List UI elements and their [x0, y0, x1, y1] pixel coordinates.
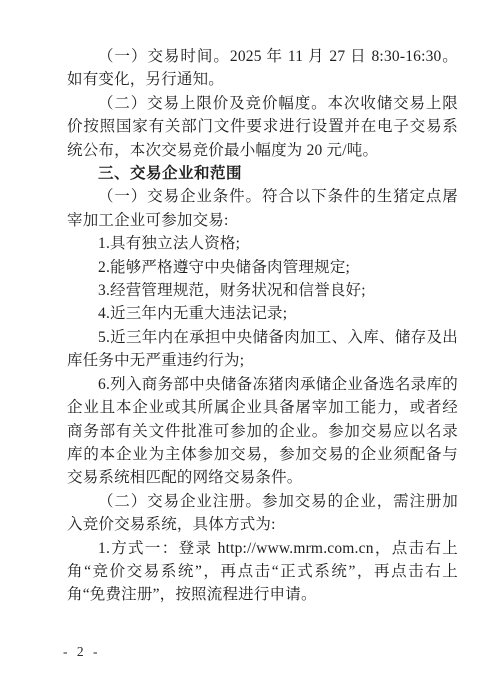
paragraph-enterprise-registration: （二）交易企业注册。参加交易的企业，需注册加入竞价交易系统，具体方式为: [67, 490, 458, 537]
list-item-6: 6.列入商务部中央储备冻猪肉承储企业备选名录库的企业且本企业或其所属企业具备屠宰… [67, 373, 458, 490]
list-item-5: 5.近三年内在承担中央储备肉加工、入库、储存及出库任务中无严重违约行为; [67, 326, 458, 373]
paragraph-trade-time: （一）交易时间。2025 年 11 月 27 日 8:30-16:30。如有变化… [67, 45, 458, 92]
paragraph-price-limit: （二）交易上限价及竞价幅度。本次收储交易上限价按照国家有关部门文件要求进行设置并… [67, 92, 458, 162]
document-content: （一）交易时间。2025 年 11 月 27 日 8:30-16:30。如有变化… [67, 45, 458, 607]
page-number: - 2 - [63, 644, 101, 660]
list-item-1: 1.具有独立法人资格; [67, 232, 458, 255]
paragraph-registration-method-1: 1.方式一：登录 http://www.mrm.com.cn，点击右上角“竞价交… [67, 537, 458, 607]
paragraph-enterprise-conditions: （一）交易企业条件。符合以下条件的生猪定点屠宰加工企业可参加交易: [67, 185, 458, 232]
document-page: （一）交易时间。2025 年 11 月 27 日 8:30-16:30。如有变化… [0, 0, 494, 700]
section-heading: 三、交易企业和范围 [67, 162, 458, 185]
list-item-4: 4.近三年内无重大违法记录; [67, 302, 458, 325]
list-item-3: 3.经营管理规范，财务状况和信誉良好; [67, 279, 458, 302]
list-item-2: 2.能够严格遵守中央储备肉管理规定; [67, 256, 458, 279]
